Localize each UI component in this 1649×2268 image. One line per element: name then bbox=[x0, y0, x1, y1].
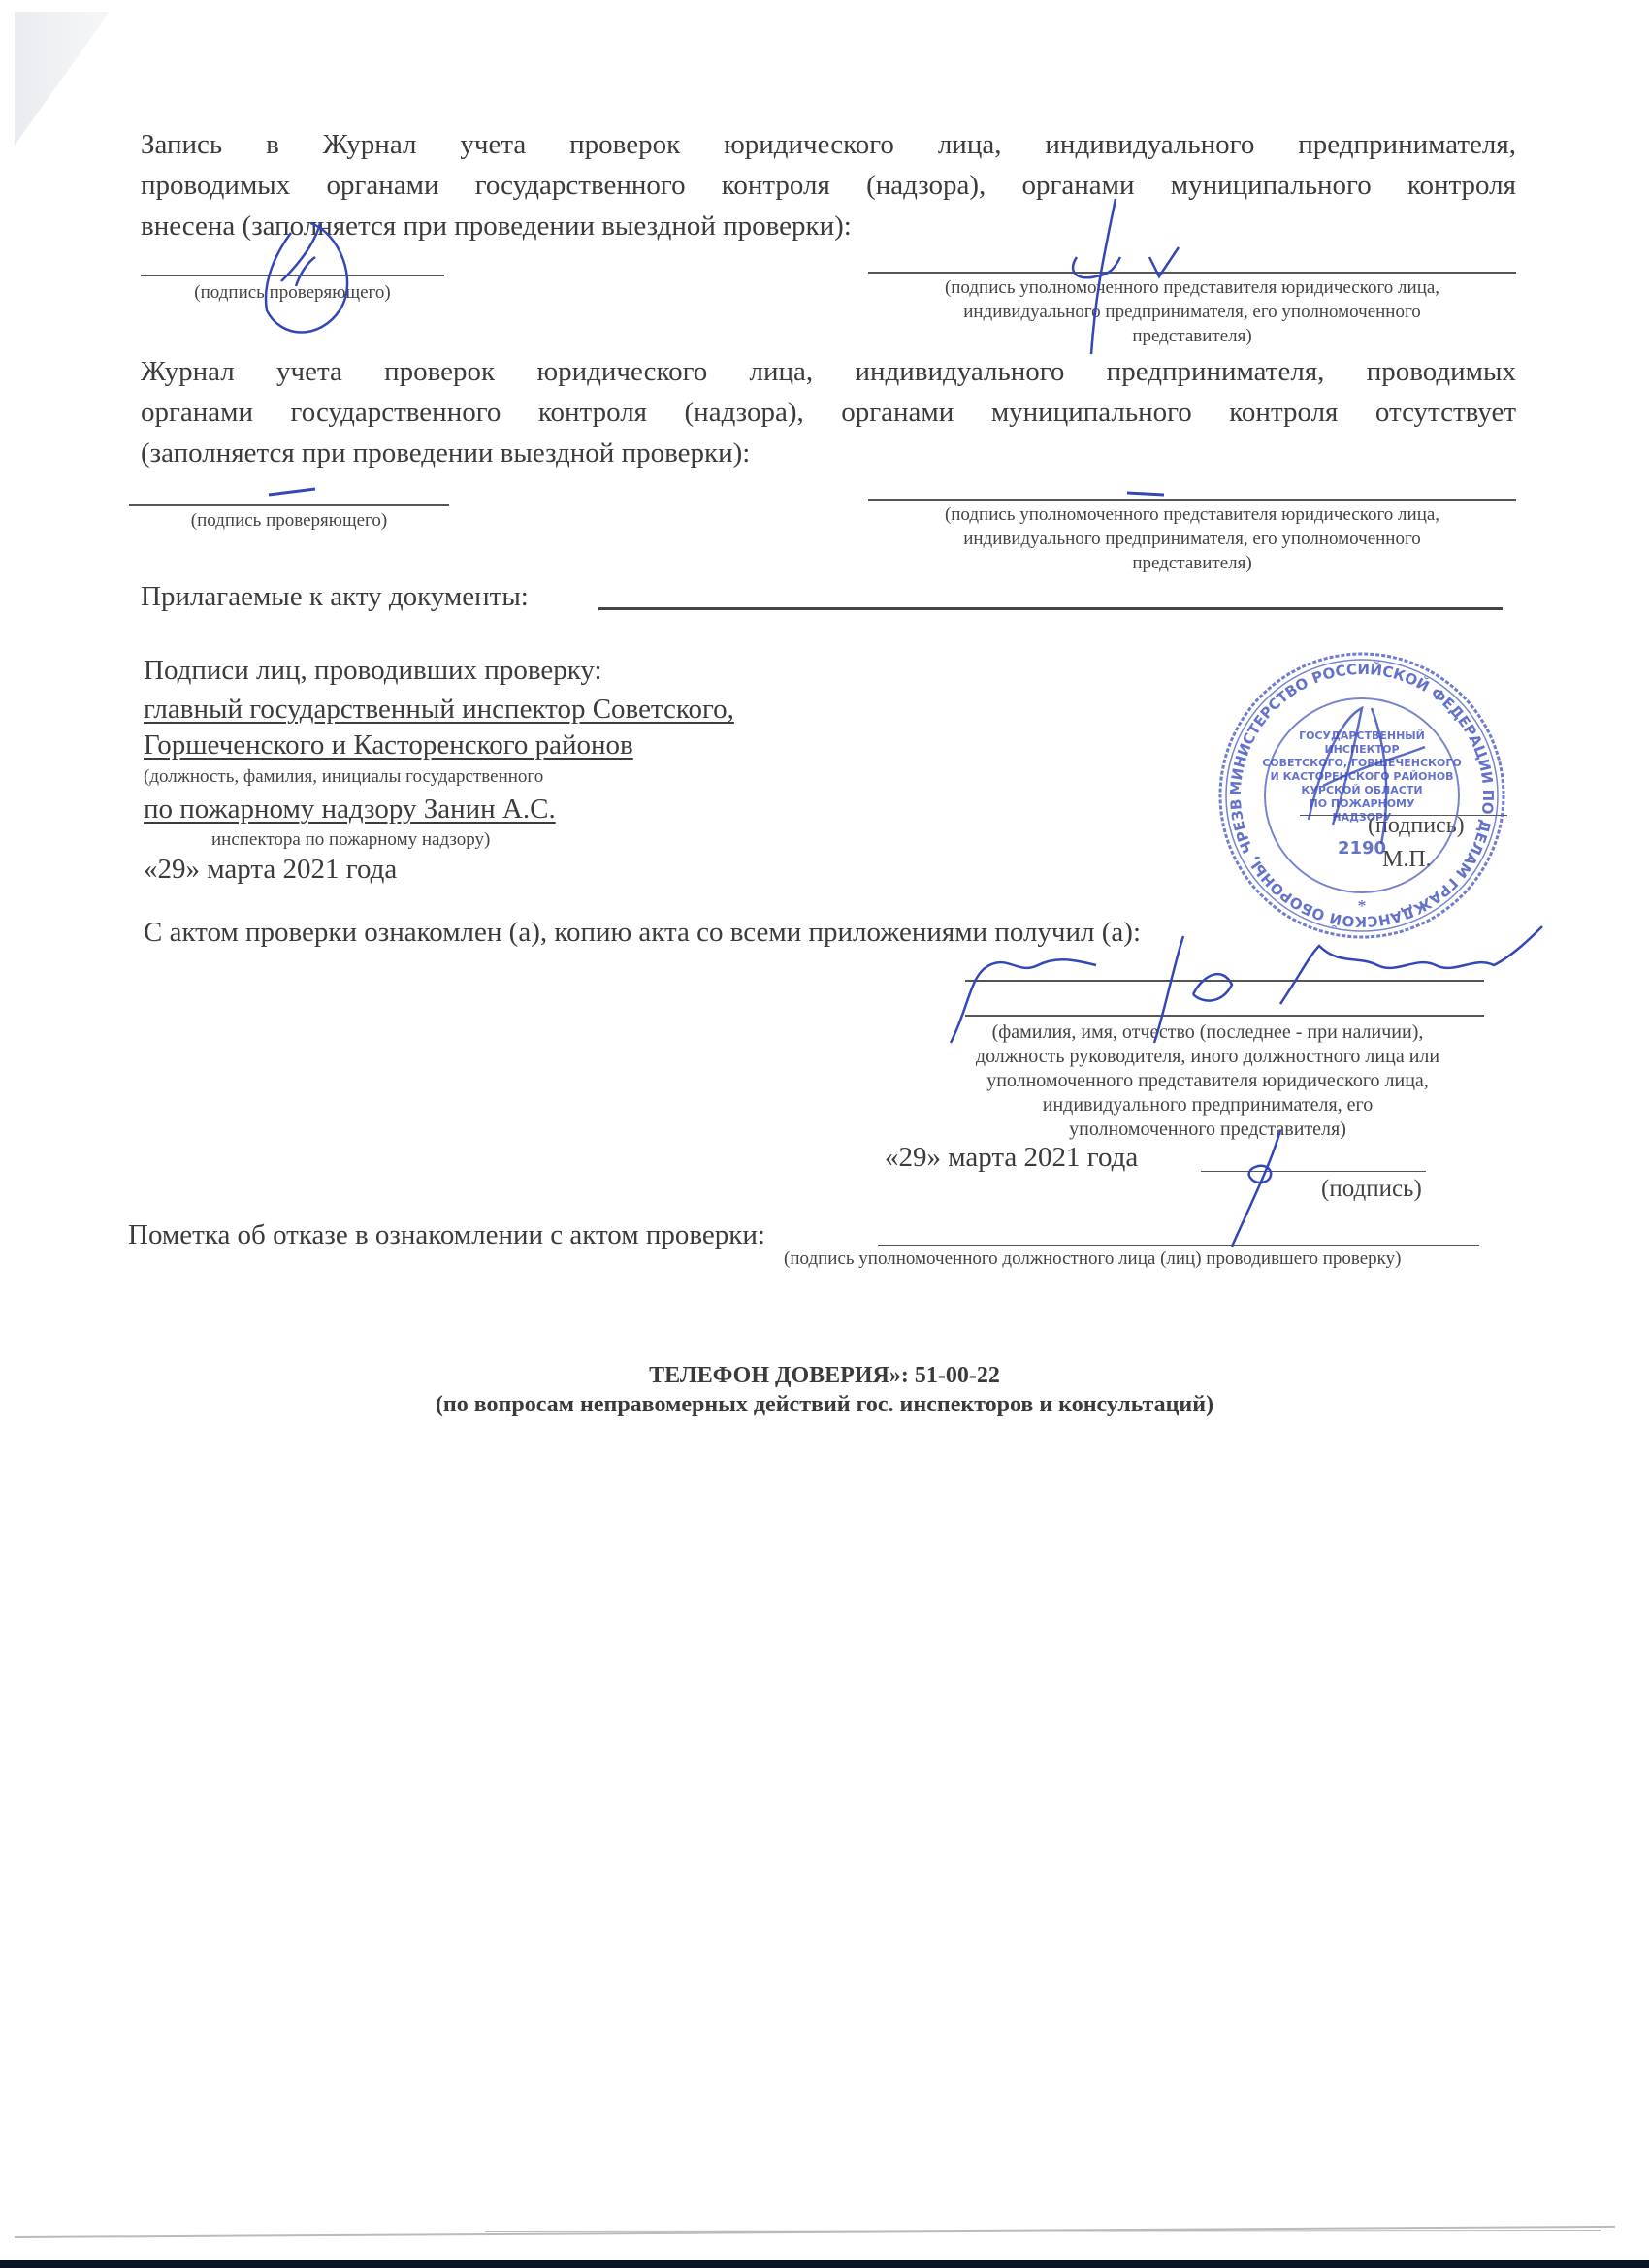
journal-absent-line-1: Журнал учета проверок юридического лица,… bbox=[141, 351, 1516, 392]
representative-signature-line-1 bbox=[868, 272, 1516, 274]
acknowledgement-caption-3: уполномоченного представителя юридическо… bbox=[936, 1069, 1479, 1093]
inspector-position-line-2: Горшеченского и Касторенского районов bbox=[144, 725, 633, 765]
inspectors-heading: Подписи лиц, проводивших проверку: bbox=[144, 650, 602, 691]
dash-mark-inspector-icon bbox=[267, 485, 325, 499]
inspector-signature-caption-2: (подпись проверяющего) bbox=[129, 509, 449, 533]
journal-absent-line-3: (заполняется при проведении выездной про… bbox=[141, 433, 1516, 473]
refusal-caption: (подпись уполномоченного должностного ли… bbox=[784, 1248, 1401, 1270]
svg-text:*: * bbox=[1358, 896, 1367, 916]
svg-text:КУРСКОЙ ОБЛАСТИ: КУРСКОЙ ОБЛАСТИ bbox=[1301, 784, 1422, 796]
scan-edge-line-2 bbox=[485, 2230, 1600, 2232]
representative-caption-1b: индивидуального предпринимателя, его упо… bbox=[868, 301, 1516, 324]
svg-text:2190: 2190 bbox=[1338, 838, 1386, 859]
journal-entry-line-1: Запись в Журнал учета проверок юридическ… bbox=[141, 124, 1516, 165]
refusal-label: Пометка об отказе в ознакомлении с актом… bbox=[128, 1215, 765, 1255]
acknowledgement-signature-caption: (подпись) bbox=[1321, 1176, 1422, 1203]
representative-caption-1c: представителя) bbox=[868, 325, 1516, 348]
dash-mark-representative-icon bbox=[1125, 485, 1183, 499]
journal-entry-line-2: проводимых органами государственного кон… bbox=[141, 165, 1516, 206]
svg-text:И КАСТОРЕНСКОГО РАЙОНОВ: И КАСТОРЕНСКОГО РАЙОНОВ bbox=[1271, 770, 1454, 783]
svg-text:ГОСУДАРСТВЕННЫЙ: ГОСУДАРСТВЕННЫЙ bbox=[1299, 729, 1425, 742]
hotline-title: ТЕЛЕФОН ДОВЕРИЯ»: 51-00-22 bbox=[0, 1363, 1649, 1389]
acknowledgement-name-line-2 bbox=[965, 1015, 1484, 1017]
representative-caption-2b: индивидуального предпринимателя, его упо… bbox=[868, 528, 1516, 551]
acknowledgement-signature-line bbox=[1201, 1171, 1426, 1172]
inspector-position-line-1: главный государственный инспектор Советс… bbox=[144, 689, 734, 729]
official-stamp-icon: МИНИСТЕРСТВО РОССИЙСКОЙ ФЕДЕРАЦИИ ПО ДЕЛ… bbox=[1214, 650, 1509, 941]
svg-text:СОВЕТСКОГО, ГОРШЕЧЕНСКОГО: СОВЕТСКОГО, ГОРШЕЧЕНСКОГО bbox=[1262, 757, 1462, 769]
refusal-signature-line bbox=[878, 1245, 1479, 1246]
acknowledgement-caption-4: индивидуального предпринимателя, его bbox=[936, 1093, 1479, 1118]
acknowledgement-text: С актом проверки ознакомлен (а), копию а… bbox=[144, 912, 1141, 953]
handwritten-signature-acknowledgement-date-icon bbox=[1212, 1125, 1329, 1251]
scan-bottom-edge bbox=[0, 2260, 1649, 2268]
representative-caption-2c: представителя) bbox=[868, 552, 1516, 575]
svg-text:ИНСПЕКТОР: ИНСПЕКТОР bbox=[1324, 743, 1399, 756]
representative-caption-2a: (подпись уполномоченного представителя ю… bbox=[868, 503, 1516, 527]
scan-edge-line-1 bbox=[15, 2226, 1615, 2238]
acknowledgement-date: «29» марта 2021 года bbox=[885, 1137, 1138, 1178]
representative-signature-line-2 bbox=[868, 499, 1516, 501]
inspector-signature-line-1 bbox=[141, 275, 444, 276]
journal-entry-line-3: внесена (заполняется при проведении выез… bbox=[141, 206, 1516, 246]
inspector-signature-line-2 bbox=[129, 504, 449, 506]
inspector-date: «29» марта 2021 года bbox=[144, 849, 397, 890]
attached-documents-field bbox=[598, 607, 1503, 610]
acknowledgement-name-line-1 bbox=[965, 980, 1484, 982]
acknowledgement-caption-2: должность руководителя, иного должностно… bbox=[936, 1045, 1479, 1069]
hotline-subtitle: (по вопросам неправомерных действий гос.… bbox=[0, 1392, 1649, 1418]
inspector-caption-1: (должность, фамилия, инициалы государств… bbox=[144, 765, 543, 789]
inspector-position-line-3: по пожарному надзору Занин А.С. bbox=[144, 789, 556, 829]
acknowledgement-caption-1: (фамилия, имя, отчество (последнее - при… bbox=[936, 1021, 1479, 1045]
journal-absent-line-2: органами государственного контроля (надз… bbox=[141, 392, 1516, 433]
representative-caption-1a: (подпись уполномоченного представителя ю… bbox=[868, 276, 1516, 300]
svg-text:ПО ПОЖАРНОМУ: ПО ПОЖАРНОМУ bbox=[1309, 797, 1415, 810]
inspector-signature-caption-1: (подпись проверяющего) bbox=[141, 281, 444, 305]
attached-documents-label: Прилагаемые к акту документы: bbox=[141, 576, 529, 617]
svg-text:НАДЗОРУ: НАДЗОРУ bbox=[1332, 811, 1392, 824]
scan-corner-shadow bbox=[15, 12, 110, 146]
